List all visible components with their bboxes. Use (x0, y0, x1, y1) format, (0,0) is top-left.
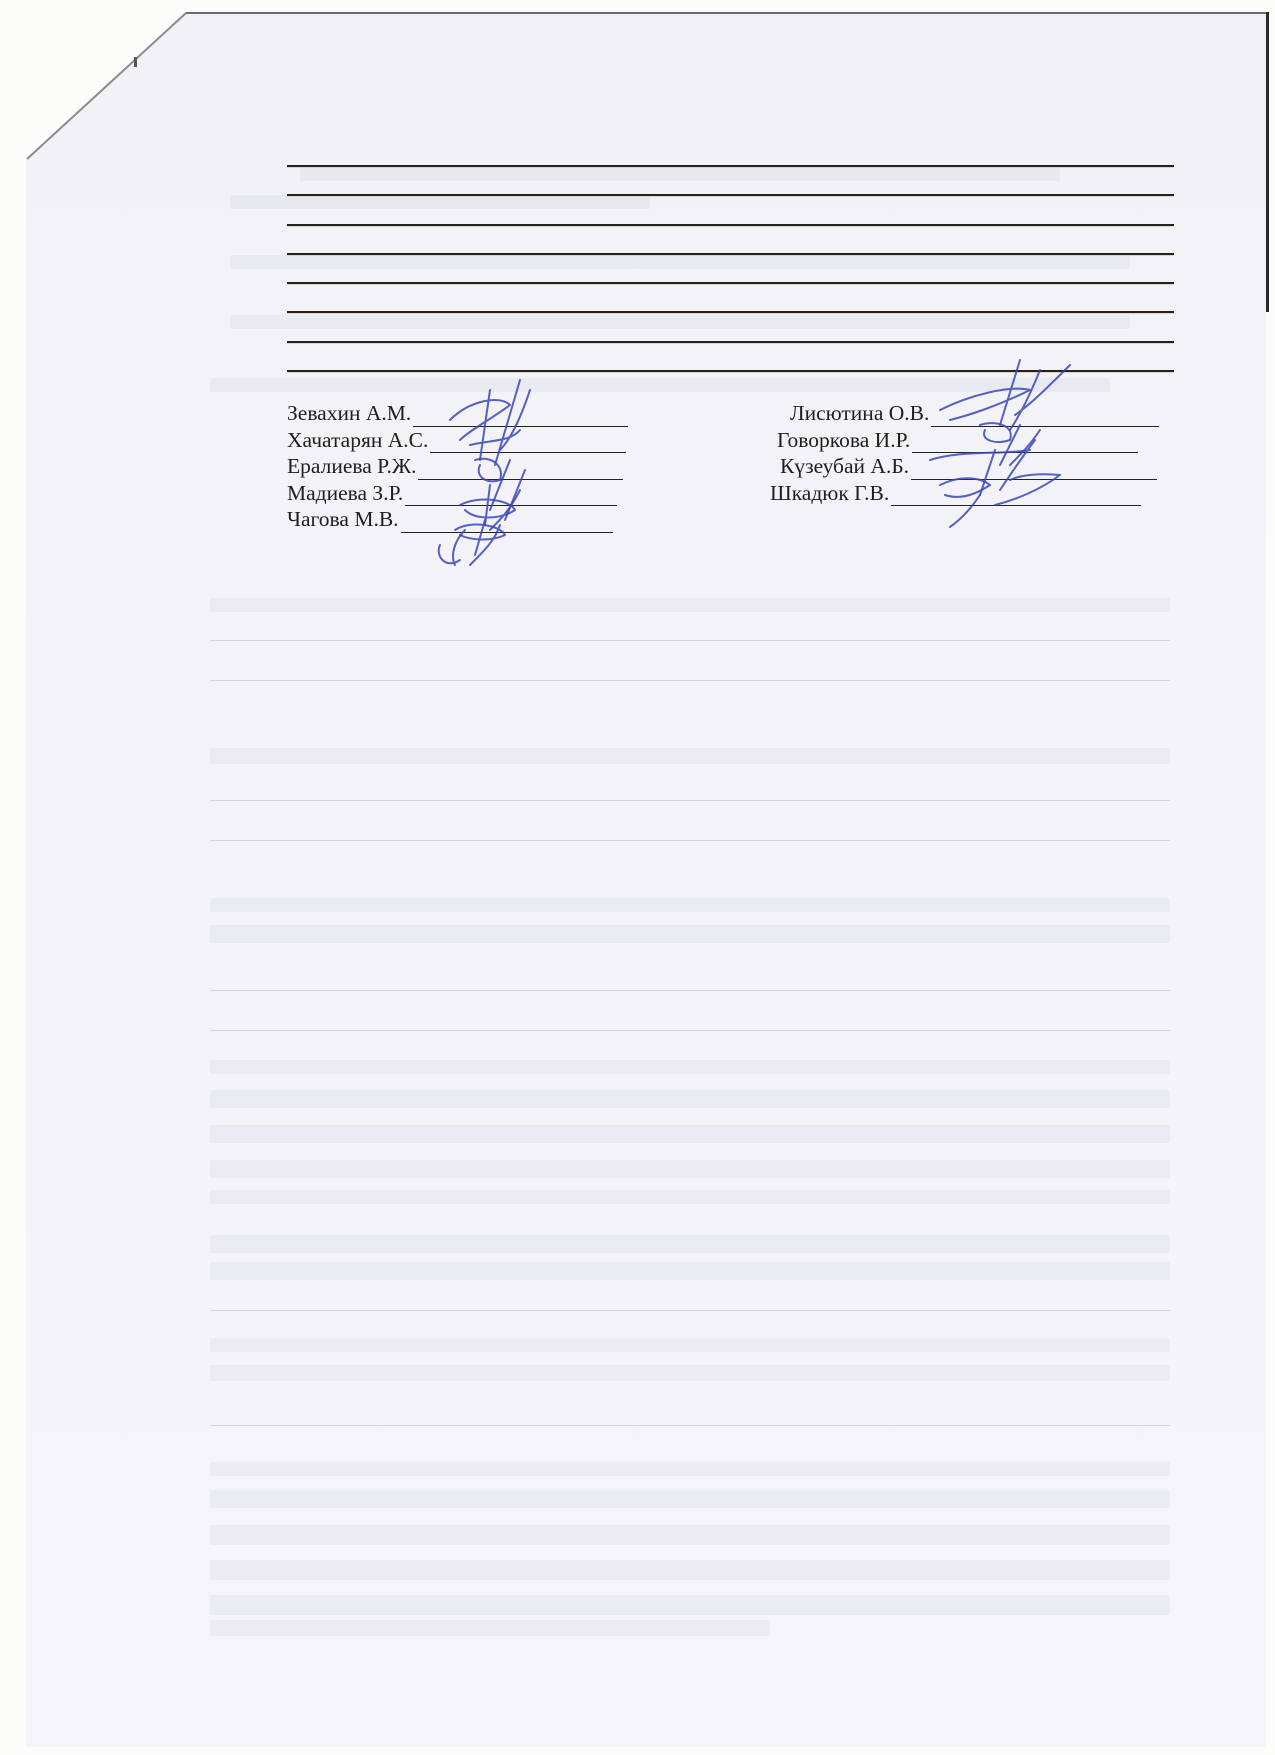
signatory-name: Зевахин А.М. (287, 400, 411, 427)
blank-rule (287, 282, 1174, 284)
blank-rule (287, 194, 1174, 196)
blank-rule (287, 165, 1174, 167)
signatory-name: Лисютина О.В. (790, 400, 929, 427)
blank-rule (287, 253, 1174, 255)
handwritten-signatures-left (430, 370, 570, 570)
blank-rule (287, 341, 1174, 343)
signatory-name: Мадиева З.Р. (287, 480, 403, 507)
staple-mark (134, 57, 137, 67)
signatory-name: Говоркова И.Р. (777, 427, 910, 454)
signatory-name: Күзеубай А.Б. (780, 453, 909, 480)
blank-rule (287, 311, 1174, 313)
folded-corner-edge (26, 12, 186, 160)
signatory-name: Чагова М.В. (287, 506, 399, 533)
signatory-name: Хачатарян А.С. (287, 427, 428, 454)
handwritten-signatures-right (920, 355, 1090, 530)
signatory-name: Шкадюк Г.В. (770, 480, 889, 507)
sheet-right-edge (1266, 12, 1269, 312)
blank-rule (287, 224, 1174, 226)
sheet-top-edge (186, 12, 1266, 14)
signatory-name: Ералиева Р.Ж. (287, 453, 416, 480)
